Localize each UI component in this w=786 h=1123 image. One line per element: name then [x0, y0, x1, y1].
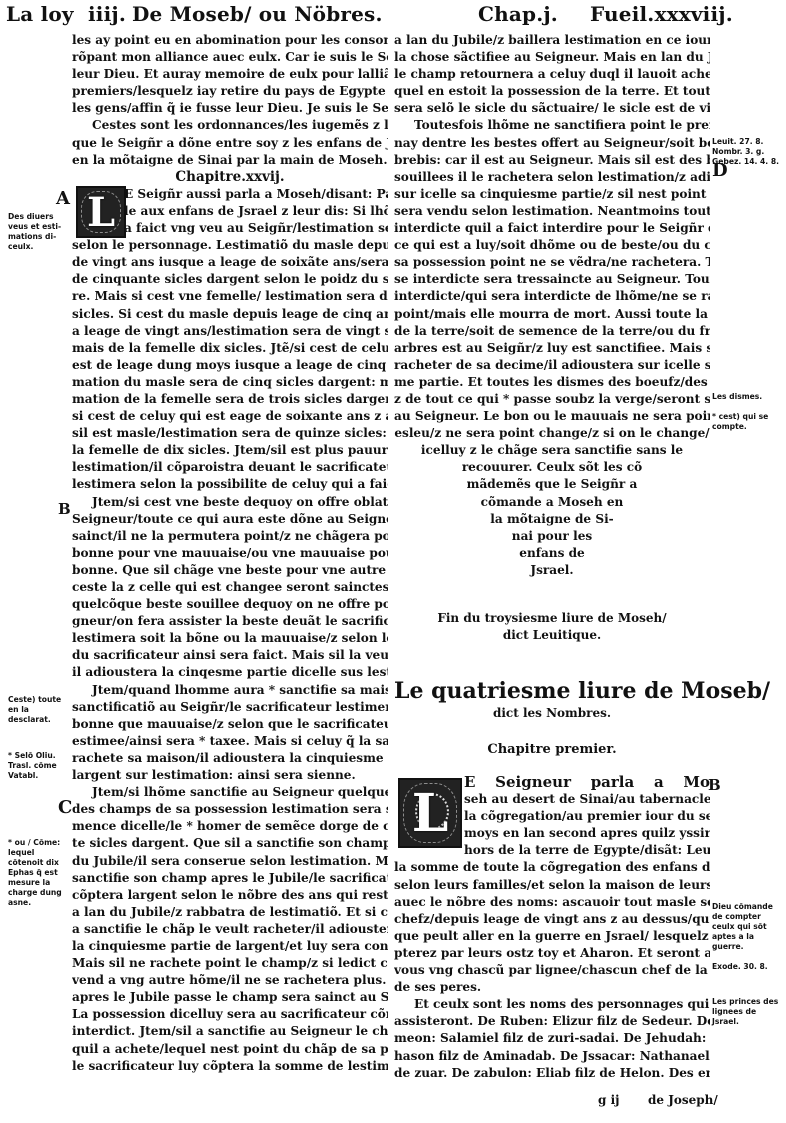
text-line: selon leurs familles/et selon la maison …	[394, 877, 710, 894]
text-line: arbres est au Seigñr/z luy est sanctifie…	[394, 340, 710, 357]
text-line: Jtem/si cest vne beste dequoy on offre o…	[72, 494, 388, 511]
taper-line: nai pour les	[394, 528, 710, 545]
text-line: quelcõque beste souillee dequoy on ne of…	[72, 596, 388, 613]
catchword: de Joseph/	[648, 1093, 718, 1107]
taper-line: la mõtaigne de Si-	[394, 511, 710, 528]
text-line: que le Seigñr a dõne entre soy z les enf…	[72, 135, 388, 152]
text-line: interdict. Jtem/sil a sanctifie au Seign…	[72, 1023, 388, 1040]
folio-number: Fueil.xxxviij.	[590, 2, 733, 26]
text-line: Cestes sont les ordonnances/les iugemẽs …	[72, 117, 388, 134]
chapter-indicator: Chap.j.	[478, 2, 558, 26]
text-line: me partie. Et toutes les dismes des boeu…	[394, 374, 710, 391]
text-line: sil est masle/lestimation sera de quinze…	[72, 425, 388, 442]
text-line: les ay point eu en abomination pour les …	[72, 32, 388, 49]
drop-cap-letter: L	[412, 783, 449, 844]
book-title: Le quatriesme liure de Moseb/ dict les N…	[394, 678, 710, 720]
text-line: re. Mais si cest vne femelle/ lestimatio…	[72, 288, 388, 305]
text-line: apres le Jubile passe le champ sera sain…	[72, 989, 388, 1006]
margin-note: Dieu cõmande de compter ceulx qui sõt ap…	[712, 902, 780, 952]
margin-letter-d: D	[712, 160, 728, 181]
text-line: cõptera largent selon le nõbre des ans q…	[72, 887, 388, 904]
text-line: auec le nõbre des noms: ascauoir tout ma…	[394, 894, 710, 911]
taper-line: esleu/z ne sera point change/z si on le …	[394, 425, 710, 442]
text-line: rachete sa maison/il adioustera la cinqu…	[72, 750, 388, 767]
running-header-left-label: La loy	[6, 2, 74, 26]
text-line: de ses peres.	[394, 979, 710, 996]
text-line: en la mõtaigne de Sinai par la main de M…	[72, 152, 388, 169]
text-line: Toutesfois lhõme ne sanctifiera point le…	[394, 117, 710, 134]
text-line: du sacrificateur ainsi sera faict. Mais …	[72, 647, 388, 664]
text-line: brebis: car il est au Seigneur. Mais sil…	[394, 152, 710, 169]
taper-line: cõmande a Moseh en	[394, 494, 710, 511]
text-line: la chose sãctifiee au Seigneur. Mais en …	[394, 49, 710, 66]
text-line: au Seigneur. Le bon ou le mauuais ne ser…	[394, 408, 710, 425]
text-line: vend a vng autre hõme/il ne se rachetera…	[72, 972, 388, 989]
text-line: souillees il le rachetera selon lestimat…	[394, 169, 710, 186]
text-line: que peult aller en la guerre en Jsrael/ …	[394, 928, 710, 945]
taper-line: enfans de	[394, 545, 710, 562]
text-line: bonne pour vne mauuaise/ou vne mauuaise …	[72, 545, 388, 562]
margin-note: Exode. 30. 8.	[712, 962, 780, 972]
text-line: de cinquante sicles dargent selon le poi…	[72, 271, 388, 288]
margin-note: Les dismes.	[712, 392, 782, 402]
text-line: de la terre/soit de semence de la terre/…	[394, 323, 710, 340]
text-line: mation de la femelle sera de trois sicle…	[72, 391, 388, 408]
text-line: Et ceulx sont les noms des personnages q…	[394, 996, 710, 1013]
text-line: Jtem/si lhõme sanctifie au Seigneur quel…	[72, 784, 388, 801]
text-line: la cinquiesme partie de largent/et luy s…	[72, 938, 388, 955]
text-line: des champs de sa possession lestimation …	[72, 801, 388, 818]
margin-letter-b: B	[58, 500, 71, 518]
margin-letter-a: A	[56, 188, 70, 209]
chapter-heading-right: Chapitre premier.	[394, 742, 710, 757]
text-line: de vingt ans iusque a leage de soixãte a…	[72, 254, 388, 271]
end-note-line: Fin du troysiesme liure de Moseh/	[394, 610, 710, 627]
text-line: le sacrificateur luy cõptera la somme de…	[72, 1058, 388, 1075]
margin-letter-c: C	[58, 797, 72, 818]
text-line: sainct/il ne la permutera point/z ne chã…	[72, 528, 388, 545]
text-line: sanctifie son champ apres le Jubile/le s…	[72, 870, 388, 887]
text-line: est de leage dung moys iusque a leage de…	[72, 357, 388, 374]
text-line: assisteront. De Ruben: Elizur filz de Se…	[394, 1013, 710, 1030]
signature-mark: g ij	[598, 1093, 619, 1107]
margin-note: * cest) qui se compte.	[712, 412, 772, 432]
text-line: leur Dieu. Et auray memoire de eulx pour…	[72, 66, 388, 83]
decorated-initial-right: L	[398, 778, 462, 848]
text-line: vous vng chascũ par lignee/chascun chef …	[394, 962, 710, 979]
text-line: sanctificatiõ au Seigñr/le sacrificateur…	[72, 699, 388, 716]
text-line: a lan du Jubile/z rabbatra de lestimatiõ…	[72, 904, 388, 921]
text-line: les gens/affin q̃ ie fusse leur Dieu. Je…	[72, 100, 388, 117]
right-column: a lan du Jubile/z baillera lestimation e…	[394, 32, 710, 579]
text-line: quil a achete/lequel nest point du chãp …	[72, 1041, 388, 1058]
text-line: le champ retournera a celuy duql il lauo…	[394, 66, 710, 83]
drop-cap-letter: L	[87, 189, 115, 236]
text-line: sera vendu selon lestimation. Neantmoins…	[394, 203, 710, 220]
text-line: sur icelle sa cinquiesme partie/z sil ne…	[394, 186, 710, 203]
taper-line: icelluy z le chãge sera sanctifie sans l…	[394, 442, 710, 459]
margin-note: Des diuers veus et esti-mations di-ceulx…	[8, 212, 64, 252]
text-line: mation du masle sera de cinq sicles darg…	[72, 374, 388, 391]
text-line: du Jubile/il sera conserue selon lestima…	[72, 853, 388, 870]
taper-line: mãdemẽs que le Seigñr a	[394, 476, 710, 493]
text-line: La possession dicelluy sera au sacrifica…	[72, 1006, 388, 1023]
text-line: Mais sil ne rachete point le champ/z si …	[72, 955, 388, 972]
text-line: selon le personnage. Lestimatiõ du masle…	[72, 237, 388, 254]
text-line: se interdicte sera tressaincte au Seigne…	[394, 271, 710, 288]
text-line: ceste la z celle qui est changee seront …	[72, 579, 388, 596]
text-line: te sicles dargent. Que sil a sanctifie s…	[72, 835, 388, 852]
text-line: interdicte quil a faict interdire pour l…	[394, 220, 710, 237]
text-line: hason filz de Aminadab. De Jssacar: Nath…	[394, 1048, 710, 1065]
text-line: premiers/lesquelz iay retire du pays de …	[72, 83, 388, 100]
text-line: largent sur lestimation: ainsi sera sien…	[72, 767, 388, 784]
text-line: bonne. Que sil chãge vne beste pour vne …	[72, 562, 388, 579]
text-line: Jtem/quand lhomme aura * sanctifie sa ma…	[72, 682, 388, 699]
text-line: lestimera soit la bõne ou la mauuaise/z …	[72, 630, 388, 647]
text-line: a sanctifie le chãp le veult racheter/il…	[72, 921, 388, 938]
margin-note: Les princes des lignees de Jsrael.	[712, 997, 780, 1027]
chapter-heading: Chapitre.xxvij.	[72, 169, 388, 186]
text-line: point/mais elle mourra de mort. Aussi to…	[394, 306, 710, 323]
text-line: pterez par leurs ostz toy et Aharon. Et …	[394, 945, 710, 962]
text-line: la somme de toute la cõgregation des enf…	[394, 859, 710, 876]
text-line: a lan du Jubile/z baillera lestimation e…	[394, 32, 710, 49]
text-line: si cest de celuy qui est eage de soixant…	[72, 408, 388, 425]
margin-note: Ceste) toute en la desclarat.	[8, 695, 68, 725]
taper-line: recouurer. Ceulx sõt les cõ	[394, 459, 710, 476]
margin-letter-b-right: B	[708, 776, 721, 794]
text-line: rõpant mon alliance auec eulx. Car ie su…	[72, 49, 388, 66]
text-line: chefz/depuis leage de vingt ans z au des…	[394, 911, 710, 928]
text-line: de zuar. De zabulon: Eliab filz de Helon…	[394, 1065, 710, 1082]
margin-note: * ou / Cõme: lequel cõtenoit dix Ephas q…	[8, 838, 68, 908]
book-title-main: Le quatriesme liure de Moseb/	[394, 678, 710, 704]
text-line: lestimation/il cõparoistra deuant le sac…	[72, 459, 388, 476]
text-line: quel en estoit la possession de la terre…	[394, 83, 710, 100]
text-line: lestimera selon la possibilite de celuy …	[72, 476, 388, 493]
text-line: ce qui est a luy/soit dhõme ou de beste/…	[394, 237, 710, 254]
text-line: a leage de vingt ans/lestimation sera de…	[72, 323, 388, 340]
text-line: mence dicelle/le * homer de semẽce dorge…	[72, 818, 388, 835]
text-line: interdicte/qui sera interdicte de lhõme/…	[394, 288, 710, 305]
text-line: bonne que mauuaise/z selon que le sacrif…	[72, 716, 388, 733]
end-note-line: dict Leuitique.	[394, 627, 710, 644]
text-line: z de tout ce qui * passe soubz la verge/…	[394, 391, 710, 408]
text-line: estimee/ainsi sera * taxee. Mais si celu…	[72, 733, 388, 750]
text-line: sa possession point ne se vẽdra/ne rache…	[394, 254, 710, 271]
text-line: nay dentre les bestes offert au Seigneur…	[394, 135, 710, 152]
text-line: sera selõ le sicle du sãctuaire/ le sicl…	[394, 100, 710, 117]
text-line: gneur/on fera assister la beste deuãt le…	[72, 613, 388, 630]
text-line: mais de la femelle dix sicles. Jtẽ/si ce…	[72, 340, 388, 357]
book-number: iiij.	[88, 2, 126, 26]
decorated-initial-left: L	[76, 186, 126, 238]
text-line: racheter de sa decime/il adioustera sur …	[394, 357, 710, 374]
text-line: sicles. Si cest du masle depuis leage de…	[72, 306, 388, 323]
margin-note: * Selõ Oliu. Trasl. cõme Vatabl.	[8, 751, 68, 781]
text-line: Seigneur/toute ce qui aura este dõne au …	[72, 511, 388, 528]
taper-line: Jsrael.	[394, 562, 710, 579]
end-of-book-note: Fin du troysiesme liure de Moseh/ dict L…	[394, 610, 710, 644]
running-header-title: De Moseb/ ou Nöbres.	[132, 2, 383, 26]
text-line: la femelle de dix sicles. Jtem/sil est p…	[72, 442, 388, 459]
text-line: meon: Salamiel filz de zuri-sadai. De Je…	[394, 1030, 710, 1047]
book-title-sub: dict les Nombres.	[394, 706, 710, 720]
text-line: il adioustera la cinqesme partie dicelle…	[72, 664, 388, 681]
